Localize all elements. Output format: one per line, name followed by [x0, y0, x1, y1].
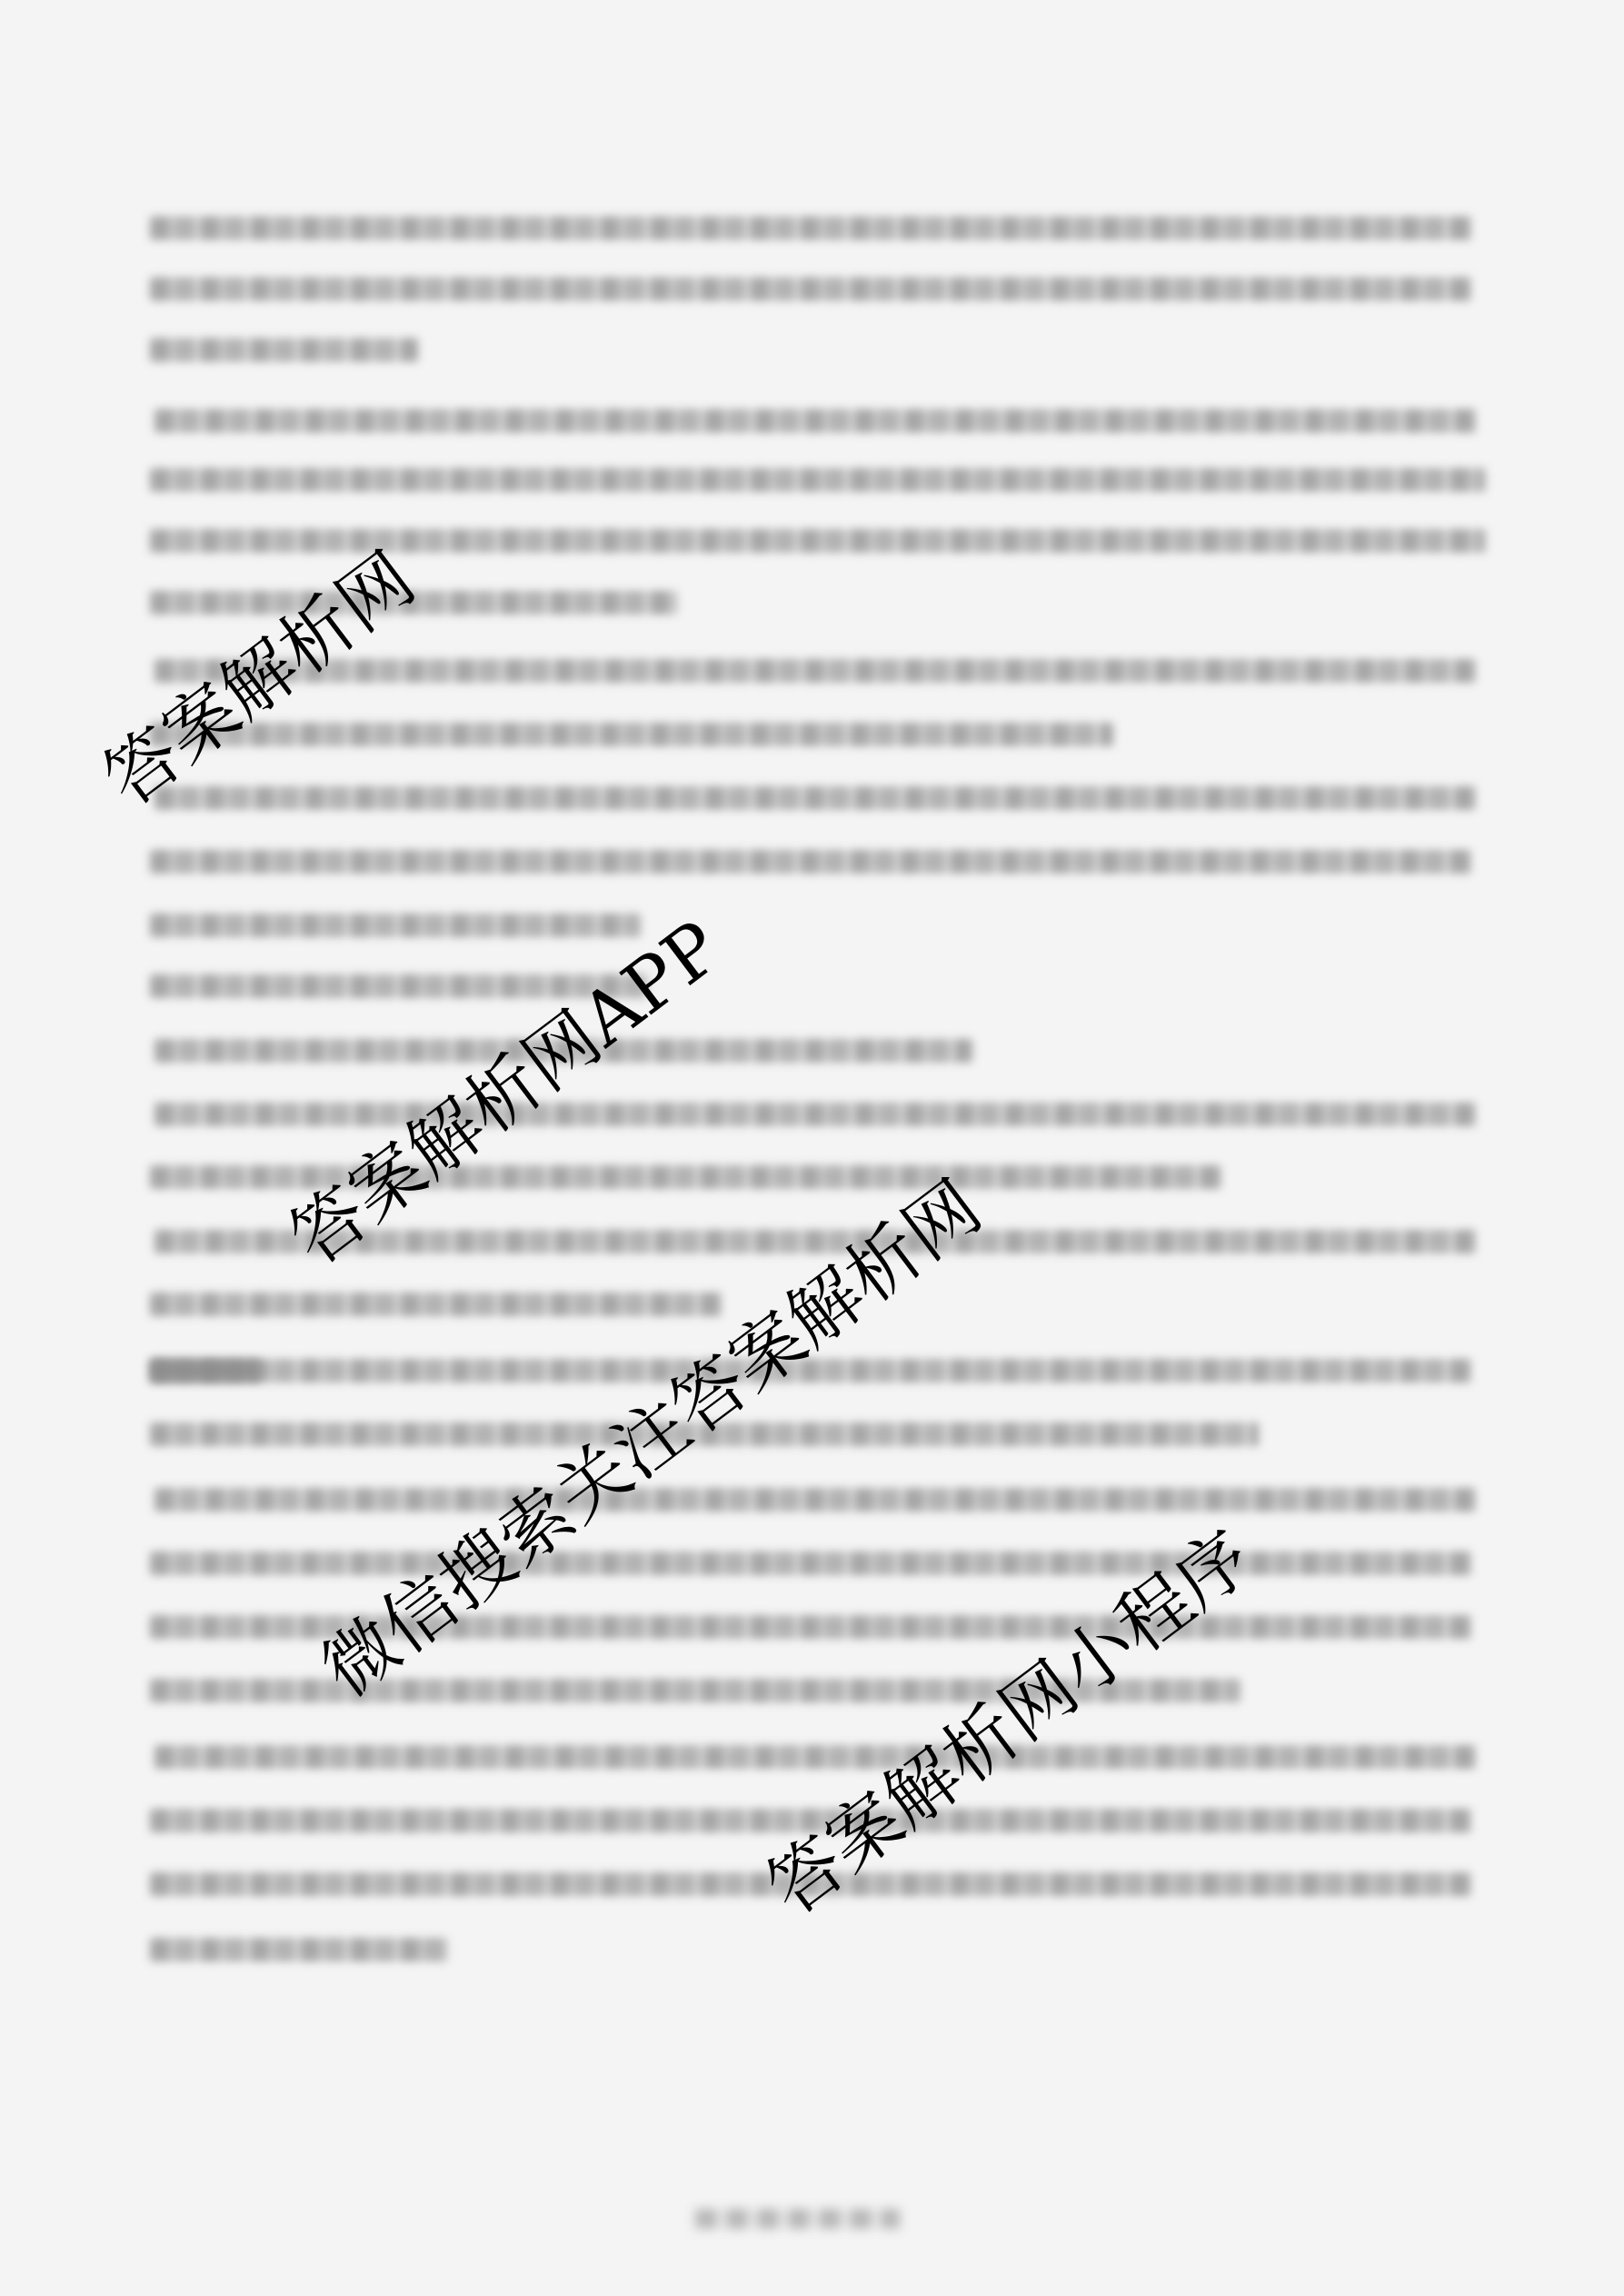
blurred-text-line: [150, 850, 1472, 873]
blurred-text-line: [150, 1552, 1472, 1575]
analysis-marker: [150, 1359, 259, 1383]
blurred-text-line: [150, 723, 1113, 746]
blurred-text-line: [150, 913, 641, 937]
blurred-text-line: [150, 1293, 722, 1316]
blurred-text-line: [154, 1745, 1477, 1769]
blurred-text-line: [154, 786, 1477, 810]
watermark-text: 答案解析网小程序: [756, 1519, 1264, 1927]
blurred-text-line: [150, 1938, 450, 1962]
blurred-text-line: [150, 1165, 1222, 1189]
document-page: 答案解析网答案解析网APP微信搜索关注答案解析网答案解析网小程序: [0, 0, 1624, 2296]
blurred-text-line: [154, 1488, 1477, 1512]
blurred-text-line: [150, 216, 1472, 240]
blurred-text-line: [154, 1103, 1477, 1126]
blurred-text-line: [150, 277, 1472, 301]
blurred-text-line: [150, 529, 1486, 553]
blurred-text-line: [150, 338, 418, 362]
blurred-text-line: [154, 409, 1477, 433]
blurred-text-line: [150, 468, 1486, 492]
blurred-text-line: [154, 659, 1477, 683]
watermark-text: 答案解析网APP: [279, 910, 733, 1277]
page-footer-number: [695, 2209, 900, 2229]
